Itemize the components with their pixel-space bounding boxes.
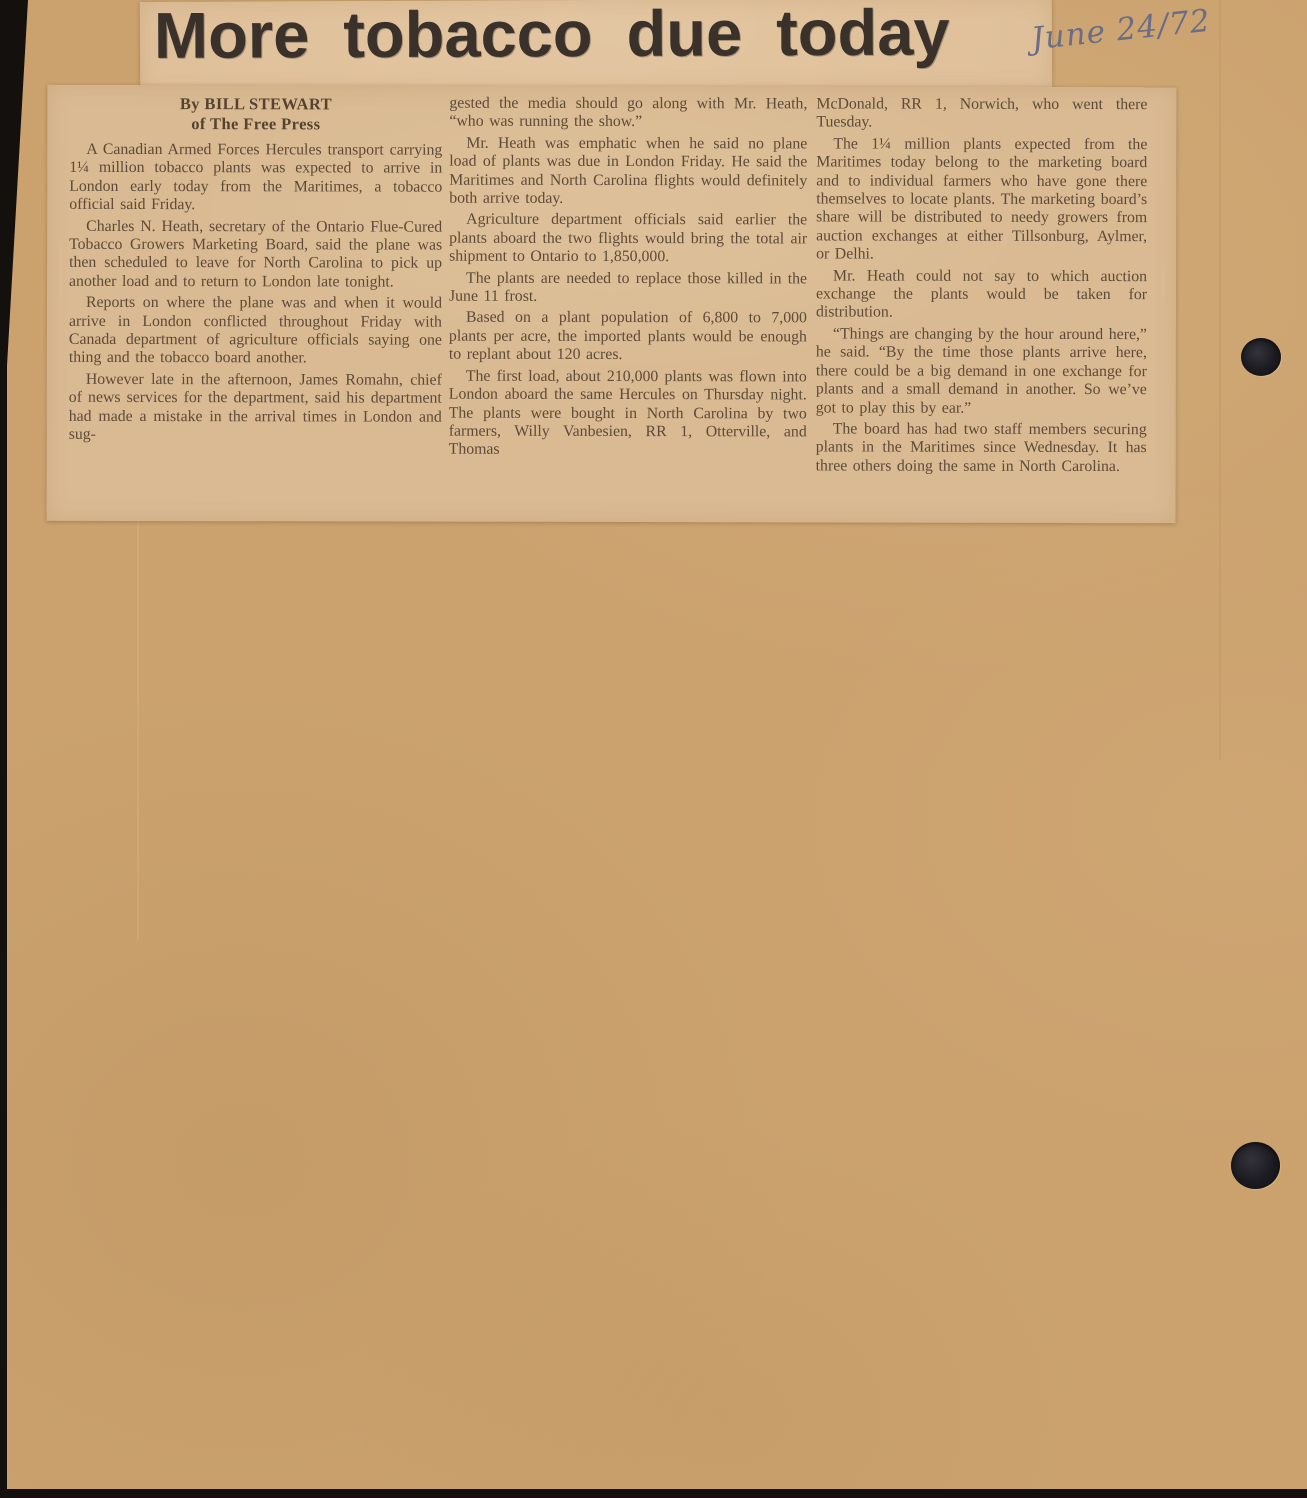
article-paragraph: However late in the afternoon, James Rom… [69,371,442,445]
article-paragraph: Reports on where the plane was and when … [69,294,442,368]
column-2-paragraphs: gested the media should go along with Mr… [449,95,808,460]
article-paragraph: Mr. Heath could not say to which auction… [816,267,1147,323]
article-paragraph: The plants are needed to replace those k… [449,269,807,307]
article-paragraph: Charles N. Heath, secretary of the Ontar… [69,217,442,291]
column-3-paragraphs: McDonald, RR 1, Norwich, who went there … [816,95,1148,476]
page-crease [1219,0,1221,760]
byline: By BILL STEWART of The Free Press [69,94,442,135]
newspaper-clipping-headline-strip: More tobacco due today [140,0,1052,93]
article-column-3: McDonald, RR 1, Norwich, who went there … [816,95,1148,479]
article-paragraph: The 1¼ million plants expected from the … [816,135,1147,265]
article-paragraph: Agriculture department officials said ea… [449,211,807,267]
article-paragraph: Based on a plant population of 6,800 to … [449,309,807,365]
punch-hole-top [1241,338,1281,376]
article-paragraph: A Canadian Armed Forces Hercules transpo… [69,141,442,215]
article-paragraph: The board has had two staff members secu… [816,420,1147,476]
article-paragraph: “Things are changing by the hour around … [816,325,1147,418]
page-crease [137,520,139,940]
article-paragraph: McDonald, RR 1, Norwich, who went there … [816,95,1147,133]
newspaper-clipping-body: By BILL STEWART of The Free Press A Cana… [47,85,1177,523]
byline-organization: of The Free Press [69,114,442,135]
article-column-1: By BILL STEWART of The Free Press A Cana… [69,94,443,448]
article-paragraph: The first load, about 210,000 plants was… [449,367,807,460]
column-1-paragraphs: A Canadian Armed Forces Hercules transpo… [69,141,443,445]
handwritten-date: June 24/72 [1030,3,1213,58]
punch-hole-bottom [1231,1142,1280,1189]
article-column-2: gested the media should go along with Mr… [449,95,808,463]
byline-author: By BILL STEWART [69,94,442,115]
article-headline: More tobacco due today [154,0,950,73]
article-paragraph: Mr. Heath was emphatic when he said no p… [449,134,807,208]
scrapbook-page: More tobacco due today By BILL STEWART o… [7,0,1307,1489]
article-paragraph: gested the media should go along with Mr… [449,95,807,133]
